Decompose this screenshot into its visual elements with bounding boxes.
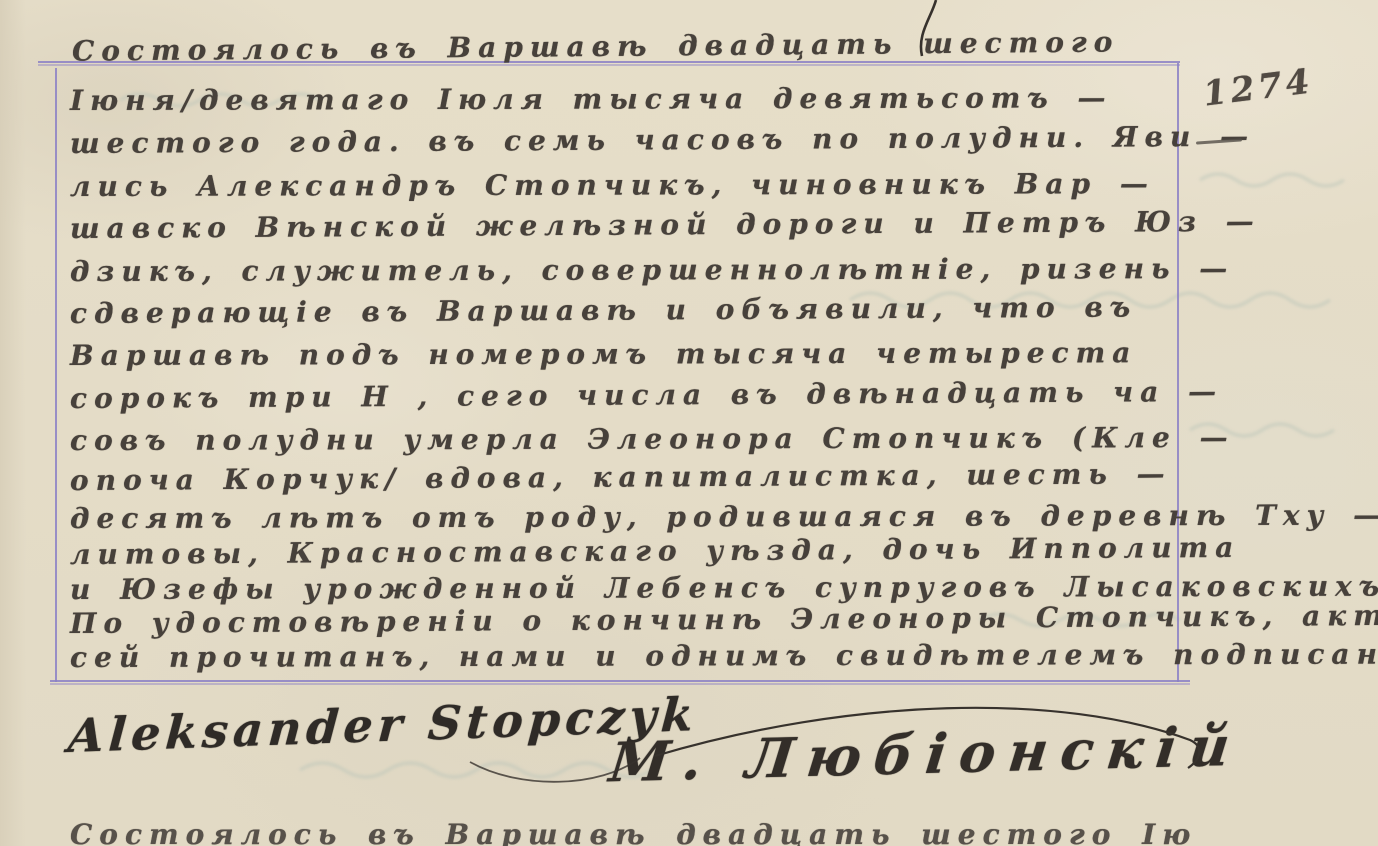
record-line: сорокъ три Н , сего числа въ двѣнадцать … [70, 375, 1223, 415]
box-border-bottom [50, 680, 1190, 682]
record-line: Варшавѣ подъ номеромъ тысяча четыреста [70, 336, 1137, 372]
box-border-bottom-shadow [50, 683, 1190, 685]
record-line: дзикъ, служитель, совершеннолѣтніе, ризе… [70, 252, 1234, 288]
record-line: сдверающіе въ Варшавѣ и объявили, что въ [70, 290, 1137, 330]
record-line: совъ полудни умерла Элеонора Стопчикъ (К… [70, 421, 1235, 457]
scanned-document-page: { "record": { "margin_number": "1274", "… [0, 0, 1378, 846]
record-line: опоча Корчук/ вдова, капиталистка, шесть… [70, 457, 1172, 497]
record-line: Іюня/девятаго Іюля тысяча девятьсотъ — [70, 81, 1113, 117]
next-record-partial-line: Состоялось въ Варшавѣ двадцать шестого І… [70, 818, 1197, 846]
record-line: десятъ лѣтъ отъ роду, родившаяся въ дере… [70, 499, 1378, 535]
record-line: сей прочитанъ, нами и однимъ свидѣтелемъ… [70, 637, 1378, 674]
record-line: лись Александръ Стопчикъ, чиновникъ Вар … [70, 167, 1155, 203]
box-border-left [55, 68, 57, 682]
